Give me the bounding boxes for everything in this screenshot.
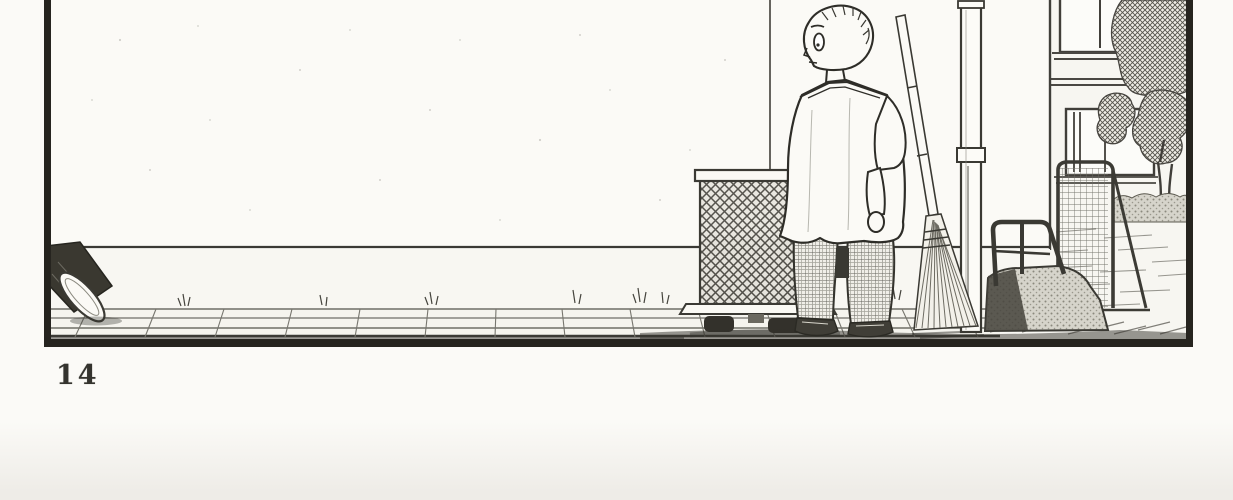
panel-border-bottom <box>44 339 1193 347</box>
shoe <box>795 318 838 336</box>
mouth <box>809 62 817 63</box>
manga-panel <box>0 0 1233 500</box>
page-number: 14 <box>56 360 100 391</box>
shoe <box>848 321 893 337</box>
panel-border-left <box>44 0 51 347</box>
panel-artwork <box>0 0 1233 500</box>
pipe-coupling <box>957 148 985 162</box>
hand <box>868 212 884 232</box>
forearm <box>867 168 885 216</box>
scanned-manga-page: 14 <box>0 0 1233 500</box>
panel-border-right <box>1186 0 1193 347</box>
dolly-wheel <box>704 316 734 332</box>
foot-shadow <box>70 317 122 326</box>
dirt-strip <box>48 249 1050 310</box>
